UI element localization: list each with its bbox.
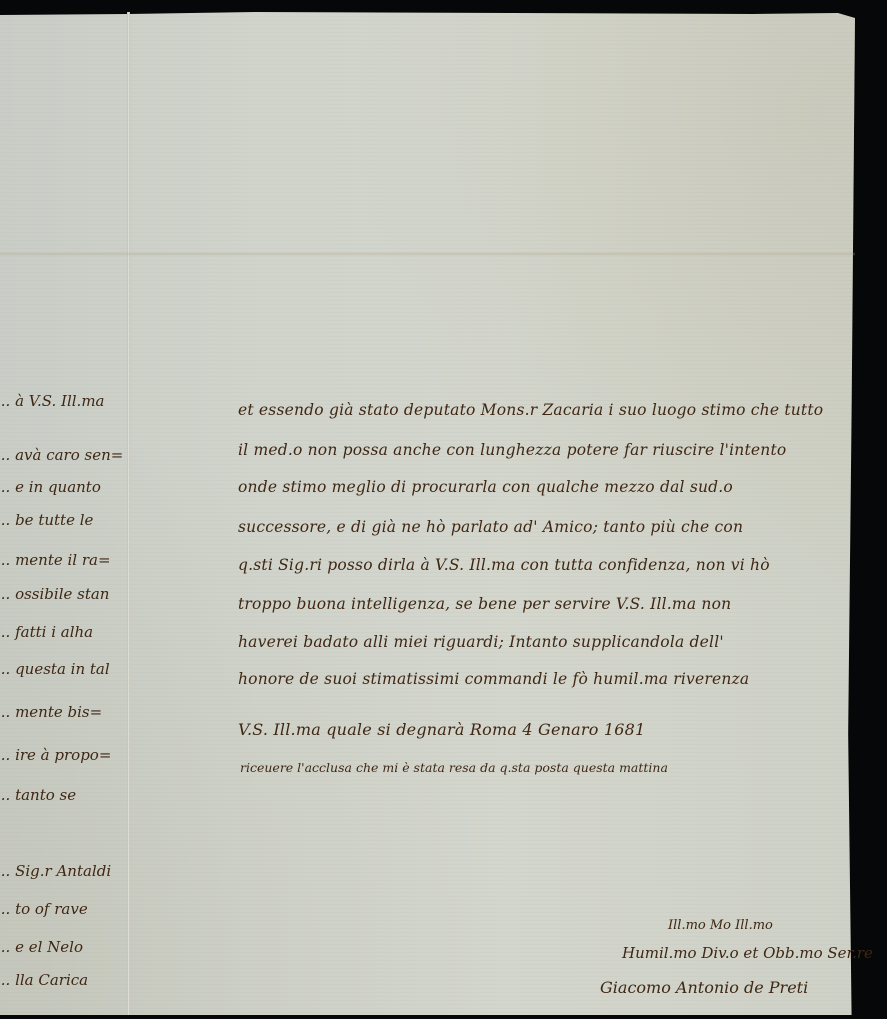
body-line: successore, e di già ne hò parlato ad' A… [238,518,743,536]
body-line: haverei badato alli miei riguardi; Intan… [238,633,724,651]
closing-titles: Ill.mo Mo Ill.mo [668,918,773,933]
vertical-fold-crease [127,12,130,1015]
left-line: ... avà caro sen= [0,446,123,464]
body-line: onde stimo meglio di procurarla con qual… [238,478,733,496]
closing-formula: Humil.mo Div.o et Obb.mo Ser.re [622,944,873,962]
left-line: ... fatti i alha [0,623,93,641]
left-line: ... mente il ra= [0,551,111,569]
left-line: ... lla Carica [0,971,88,989]
body-line: il med.o non possa anche con lunghezza p… [238,441,786,459]
left-line: ... Sig.r Antaldi [0,862,111,880]
left-line: ... tanto se [0,786,76,804]
body-line: q.sti Sig.ri posso dirla à V.S. Ill.ma c… [238,556,770,574]
postscript-line: riceuere l'acclusa che mi è stata resa d… [240,760,668,775]
signature: Giacomo Antonio de Preti [600,978,808,997]
body-line: et essendo già stato deputato Mons.r Zac… [238,401,823,419]
body-line: troppo buona intelligenza, se bene per s… [238,595,731,613]
left-line: ... mente bis= [0,703,102,721]
left-line: ... à V.S. Ill.ma [0,392,105,410]
left-line: ... ossibile stan [0,585,109,603]
left-line: ... e el Nelo [0,938,83,956]
left-line: ... questa in tal [0,660,110,678]
left-line: ... be tutte le [0,511,93,529]
salutation-date-line: V.S. Ill.ma quale si degnarà Roma 4 Gena… [238,720,645,739]
left-line: ... ire à propo= [0,746,111,764]
horizontal-fold-crease [0,252,855,256]
left-line: ... to of rave [0,900,88,918]
left-line: ... e in quanto [0,478,101,496]
body-line: honore de suoi stimatissimi commandi le … [238,670,749,688]
